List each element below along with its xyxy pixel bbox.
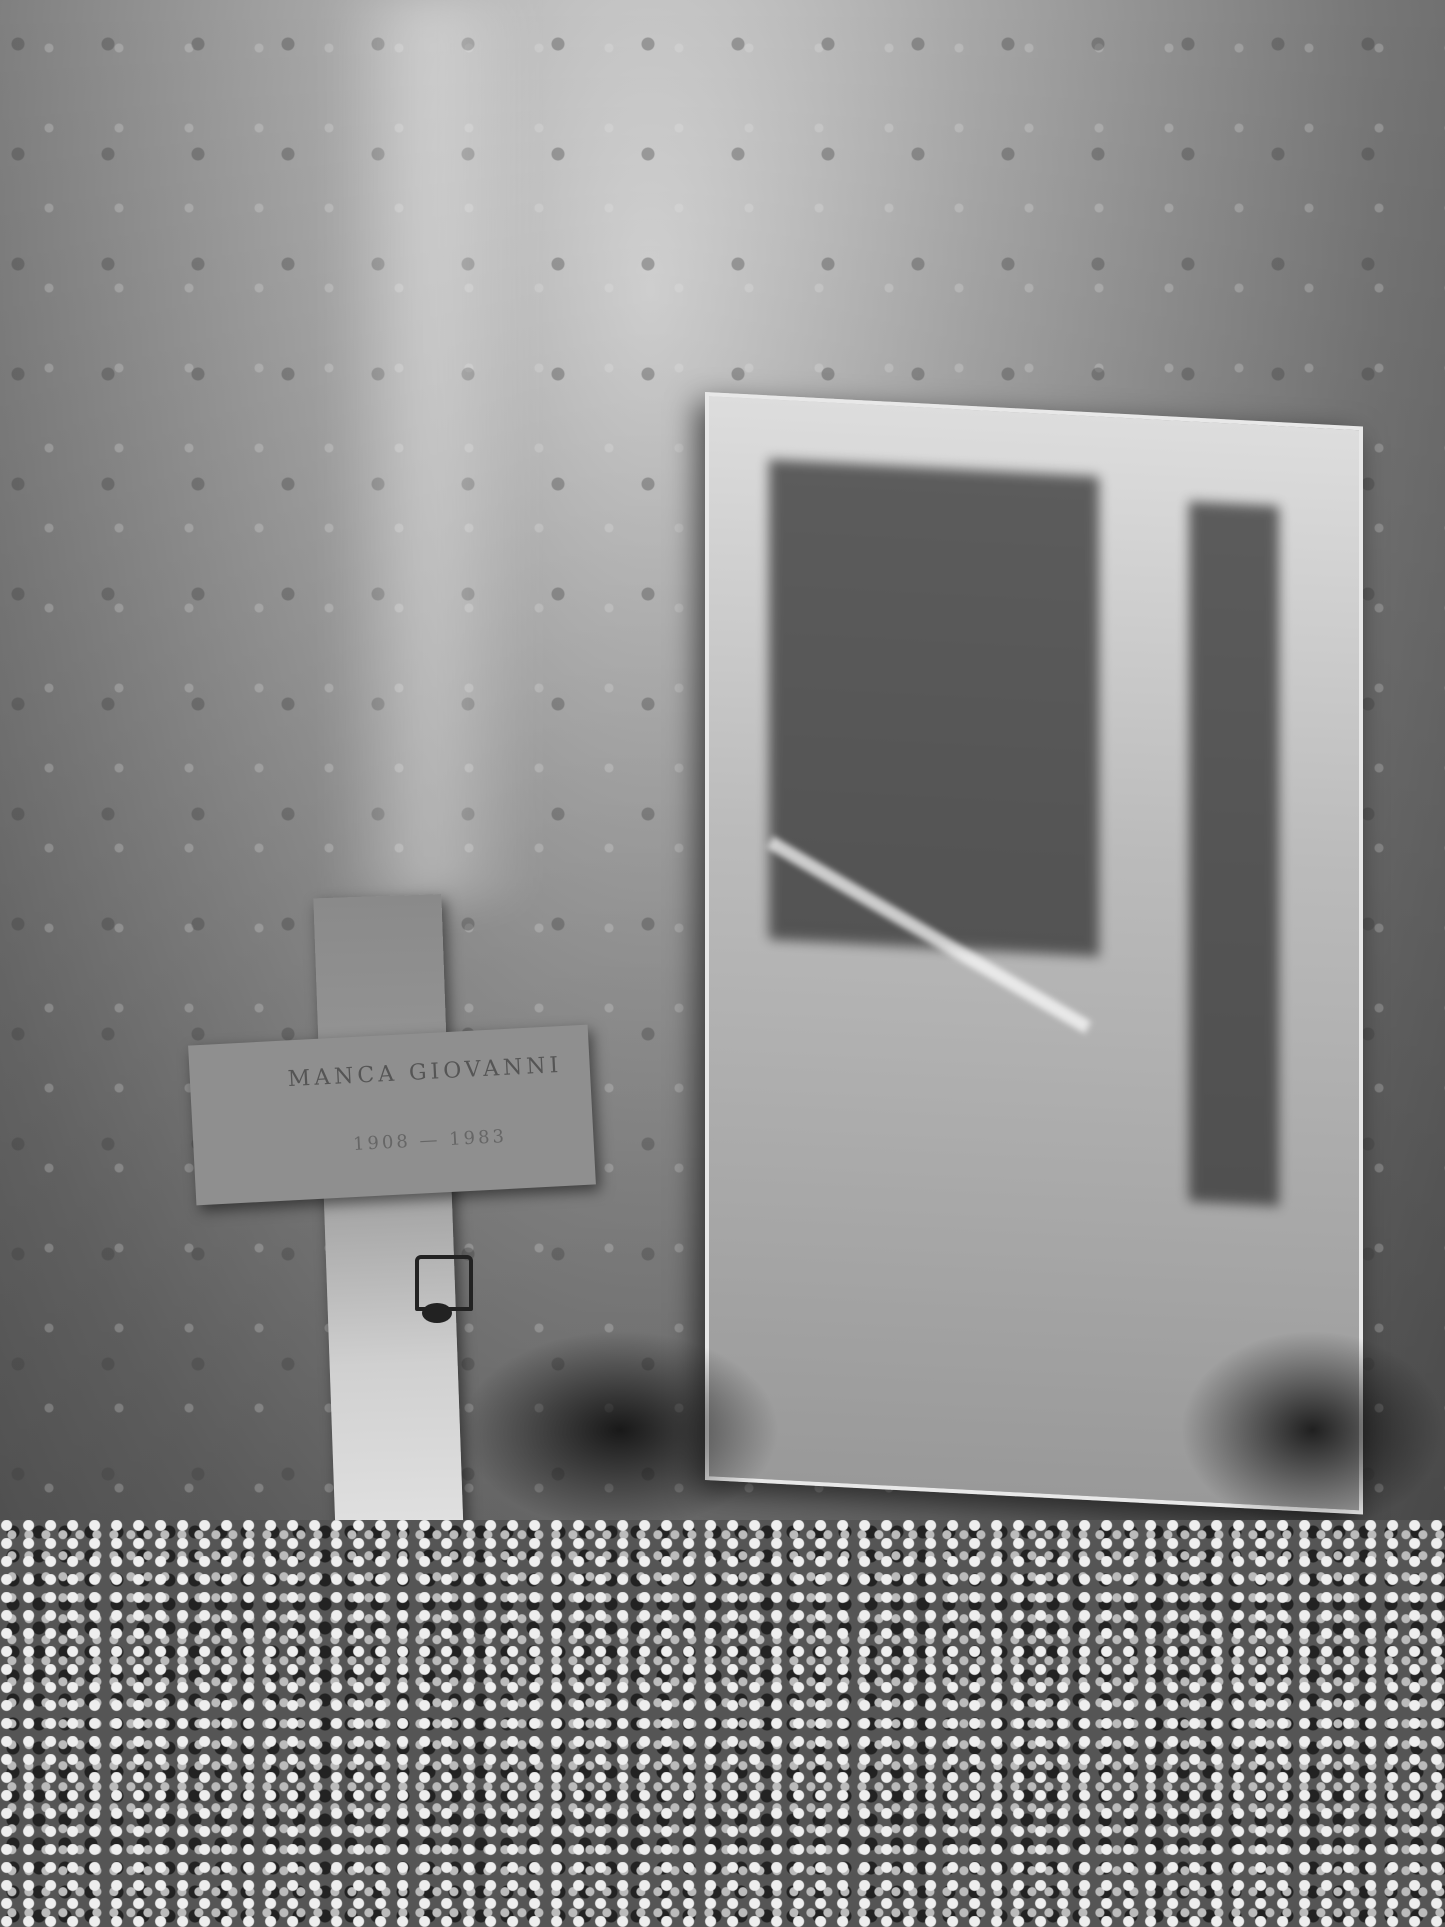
- cross-vertical-beam: [313, 894, 464, 1568]
- slab-stain: [769, 459, 1099, 956]
- slab-stain: [1189, 501, 1279, 1206]
- gravel-ground: [0, 1520, 1445, 1927]
- cross-horizontal-beam: [188, 1025, 596, 1206]
- photograph: MANCA GIOVANNI 1908 — 1983: [0, 0, 1445, 1927]
- lantern-icon: [410, 1255, 470, 1325]
- weeds: [460, 1330, 780, 1530]
- weeds: [1180, 1330, 1445, 1530]
- light-shaft: [330, 0, 530, 900]
